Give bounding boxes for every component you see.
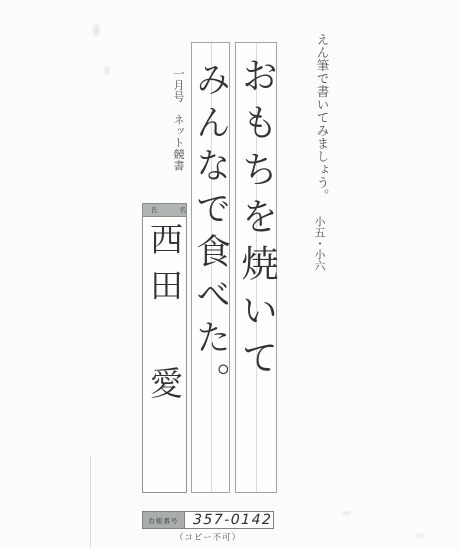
handwritten-line-1: おもちを焼いて (229, 43, 283, 492)
name-field-box: 西田 愛 (142, 217, 187, 493)
handwritten-name: 西田 愛 (141, 217, 188, 492)
name-field: 氏名 西田 愛 (142, 203, 187, 493)
name-field-label: 氏名 (142, 203, 187, 217)
ledger-number-label: 台帳番号 (143, 512, 185, 528)
copy-prohibited-note: （コピー不可） (142, 531, 274, 543)
issue-text: 一月号 ネット競書 (170, 68, 186, 172)
writing-column-1: おもちを焼いて (235, 42, 277, 493)
grade-text: 小五・小六 (311, 216, 327, 271)
ledger-number-value: 357-0142 (185, 512, 274, 528)
scan-artifact-smudge (104, 66, 110, 75)
writing-column-2: みんなで食べた。 (191, 42, 230, 493)
scan-artifact-smudge (93, 24, 100, 36)
ledger-number-box: 台帳番号 357-0142 (142, 511, 274, 529)
scan-artifact-smudge (341, 511, 351, 515)
instruction-text: えん筆で書いてみましょう。 (313, 33, 331, 202)
scan-artifact-smudge (415, 534, 424, 538)
handwritten-line-2: みんなで食べた。 (186, 43, 236, 492)
scan-artifact-fold-line (90, 455, 91, 548)
penmanship-practice-sheet: えん筆で書いてみましょう。 小五・小六 一月号 ネット競書 おもちを焼いて みん… (0, 0, 459, 550)
